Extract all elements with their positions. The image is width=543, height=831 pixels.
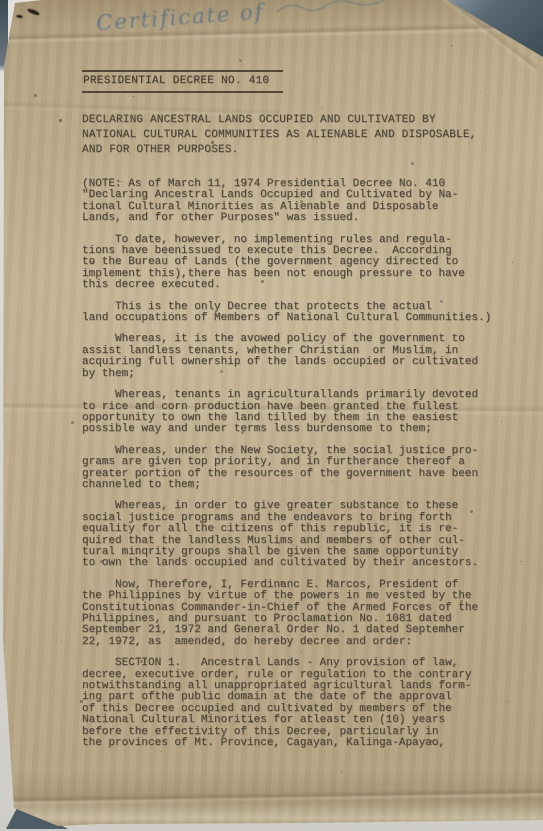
paragraph-whereas-3: Whereas, under the New Society, the soci…	[82, 446, 502, 492]
paper-tear-mark	[16, 14, 23, 18]
paragraph-only-decree: This is the only Decree that protects th…	[82, 302, 502, 325]
handwriting-flourish	[272, 0, 393, 20]
paragraph-now-therefore: Now, Therefore, I, Ferdinanc E. Marcos, …	[82, 580, 502, 648]
paper-sheet: Certificate of PRESIDENTIAL DECREE NO. 4…	[0, 0, 543, 831]
scanned-document-page: Certificate of PRESIDENTIAL DECREE NO. 4…	[0, 0, 543, 831]
paragraph-section-1: SECTION 1. Ancestral Lands - Any provisi…	[82, 658, 502, 749]
paragraph-whereas-1: Whereas, it is the avowed policy of the …	[82, 334, 502, 380]
decree-title: PRESIDENTIAL DECREE NO. 410	[82, 70, 283, 93]
paragraph-whereas-4: Whereas, in order to give greater substa…	[82, 501, 502, 569]
decree-heading: DECLARING ANCESTRAL LANDS OCCUPIED AND C…	[82, 113, 502, 158]
paper-crease	[0, 22, 543, 45]
paragraph-note: (NOTE: As of March 11, 1974 Presidential…	[82, 179, 502, 225]
paper-tear-mark	[27, 8, 41, 17]
paper-crease	[0, 788, 543, 807]
paragraph-to-date: To date, however, no implementing rules …	[82, 235, 502, 292]
paragraph-whereas-2: Whereas, tenants in agriculturallands pr…	[82, 390, 502, 436]
decree-text-column: PRESIDENTIAL DECREE NO. 410 DECLARING AN…	[82, 70, 502, 759]
